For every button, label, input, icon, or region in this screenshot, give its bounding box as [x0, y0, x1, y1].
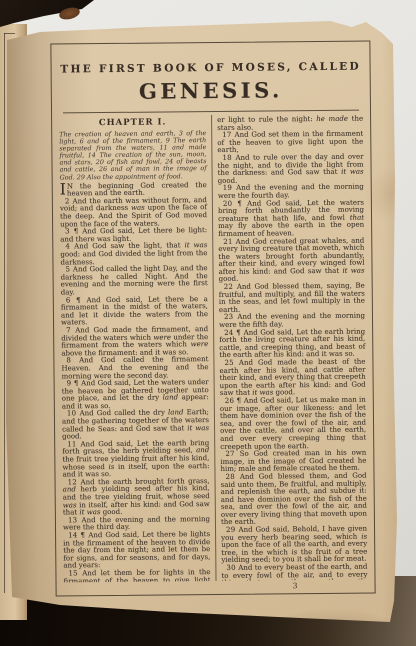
- left-column-verses: IN the beginning God created the heaven …: [60, 182, 211, 583]
- text-columns: CHAPTER I. The creation of heaven and ea…: [52, 113, 374, 582]
- verse-25: 25 And God made the beast of the earth a…: [219, 359, 365, 398]
- verse-26: 26 ¶ And God said, Let us make man in ou…: [220, 397, 367, 452]
- bible-page-photo: THE FIRST BOOK OF MOSES, CALLED GENESIS.…: [0, 0, 416, 646]
- verse-text: So God created man in his own image, in …: [220, 449, 366, 474]
- verse-30: 30 And to every beast of the earth, and …: [221, 564, 367, 581]
- italic-word: land: [163, 394, 178, 402]
- title-rule: [63, 110, 359, 114]
- verse-5: 5 And God called the light Day, and the …: [60, 265, 207, 297]
- verse-text: And God said, Let us make man in our ima…: [220, 396, 366, 451]
- italic-word: it was: [342, 266, 364, 274]
- verse-18: 18 And to rule over the day and over the…: [217, 154, 363, 186]
- verse-9: 9 ¶ And God said, Let the waters under t…: [62, 379, 209, 411]
- verse-28: 28 And God blessed them, and God said un…: [220, 472, 367, 527]
- verse-15: 15 And let them be for lights in the fir…: [63, 569, 210, 583]
- verse-text: And let them be for lights in the firmam…: [63, 568, 210, 583]
- page-number: 3: [216, 580, 375, 591]
- printed-border-frame: THE FIRST BOOK OF MOSES, CALLED GENESIS.…: [50, 40, 375, 596]
- verse-text: And to every beast of the earth, and to …: [221, 563, 367, 581]
- series-title: THE FIRST BOOK OF MOSES, CALLED: [52, 60, 370, 75]
- right-column-verses: er light to rule the night: he made the …: [217, 116, 368, 581]
- italic-word: it was: [341, 168, 364, 176]
- verse-10: 10 And God called the dry land Earth; an…: [62, 410, 209, 442]
- verse-11: 11 And God said, Let the earth bring for…: [62, 440, 209, 479]
- verse-21: 21 And God created great whales, and eve…: [218, 237, 364, 284]
- verse-text: And God blessed them, and God said unto …: [221, 471, 367, 526]
- verse-14: 14 ¶ And God said, Let there be lights i…: [63, 531, 210, 570]
- verse-6: 6 ¶ And God said, Let there be a firmame…: [61, 296, 208, 328]
- left-column: CHAPTER I. The creation of heaven and ea…: [52, 115, 215, 583]
- book-title: GENESIS.: [52, 76, 370, 104]
- verse-22: 22 And God blessed them, saying, Be frui…: [219, 283, 365, 315]
- chapter-summary: The creation of heaven and earth, 3 of t…: [59, 130, 206, 181]
- italic-word: he made: [316, 115, 348, 123]
- verse-2: 2 And the earth was without form, and vo…: [60, 197, 207, 229]
- facing-page-border-line: [4, 33, 5, 593]
- chapter-heading: CHAPTER I.: [59, 117, 206, 128]
- verse-text: And God called the firmament Heaven. And…: [61, 355, 208, 380]
- verse-8: 8 And God called the firmament Heaven. A…: [61, 356, 208, 380]
- italic-word: it was: [187, 424, 209, 432]
- verse-27: 27 So God created man in his own image, …: [220, 450, 366, 474]
- verse-text: And God set them in the firmament of the…: [217, 130, 363, 155]
- verse-17: 17 And God set them in the firmament of …: [217, 131, 363, 155]
- italic-word: were: [191, 340, 209, 348]
- verse-12: 12 And the earth brought forth grass, an…: [63, 478, 210, 517]
- verse-7: 7 And God made the firmament, and divide…: [61, 326, 208, 358]
- verse-text: And God called the light Day, and the da…: [61, 264, 208, 296]
- verse-text: And God blessed them, saying, Be fruitfu…: [219, 282, 365, 314]
- facing-page-border-corner: [4, 33, 15, 34]
- verse-29: 29 And God said, Behold, I have given yo…: [221, 526, 367, 565]
- right-column: er light to rule the night: he made the …: [211, 113, 374, 581]
- verse-24: 24 ¶ And God said, Let the earth bring f…: [219, 328, 365, 360]
- verse-4: 4 And God saw the light, that it was goo…: [60, 242, 207, 266]
- verse-20: 20 ¶ And God said, Let the waters bring …: [218, 199, 364, 238]
